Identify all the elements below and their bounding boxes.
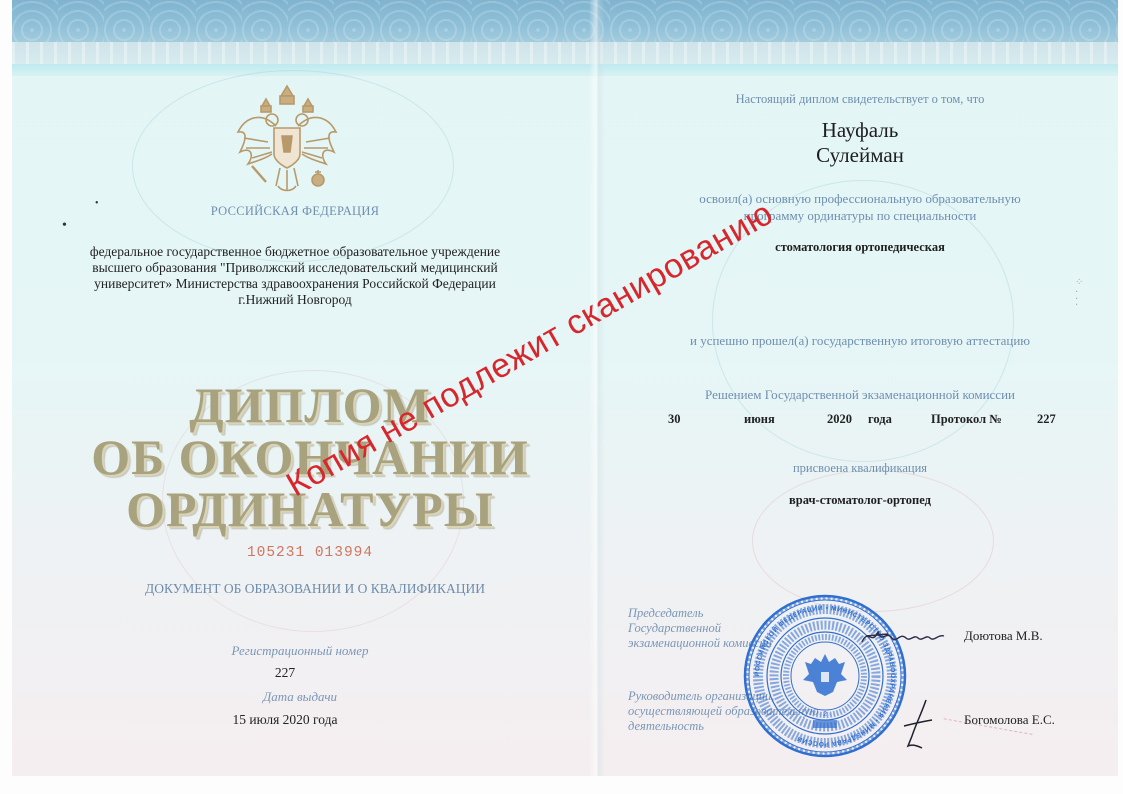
holder-surname: Науфаль <box>650 118 1070 142</box>
decision-day: 30 <box>668 412 681 427</box>
decision-year: 2020 <box>827 412 852 427</box>
issue-date-label: Дата выдачи <box>200 689 400 705</box>
paper-speck: ⁘·⁚ <box>1075 278 1083 308</box>
paper-speck: • <box>62 218 67 234</box>
registration-number: 227 <box>200 665 370 681</box>
qualification-assigned-label: присвоена квалификация <box>650 461 1070 476</box>
registration-number-label: Регистрационный номер <box>200 643 400 659</box>
issue-date: 15 июля 2020 года <box>200 712 370 728</box>
document-type: ДОКУМЕНТ ОБ ОБРАЗОВАНИИ И О КВАЛИФИКАЦИИ <box>90 581 540 597</box>
institution-line: федеральное государственное бюджетное об… <box>55 244 535 260</box>
coat-of-arms-icon <box>232 82 342 200</box>
director-signature-icon <box>898 698 942 752</box>
guilloche-rosette <box>752 470 994 612</box>
chairman-signature-icon <box>858 622 954 652</box>
paper-speck: • <box>95 198 99 209</box>
commission-decision-label: Решением Государственной экзаменационной… <box>650 387 1070 403</box>
country-label: РОССИЙСКАЯ ФЕДЕРАЦИЯ <box>180 204 410 219</box>
decision-month: июня <box>744 412 775 427</box>
certifies-intro: Настоящий диплом свидетельствует о том, … <box>650 92 1070 107</box>
attestation-passed-text: и успешно прошел(а) государственную итог… <box>655 333 1065 349</box>
serial-number: 105231 013994 <box>150 545 470 561</box>
protocol-number: 227 <box>1037 412 1056 427</box>
qualification: врач-стоматолог-ортопед <box>650 493 1070 508</box>
svg-text:· 2 ·: · 2 · <box>819 711 831 718</box>
top-light-band <box>12 42 1118 64</box>
page-fold <box>589 0 605 776</box>
decision-year-suffix: года <box>868 412 892 427</box>
official-stamp-icon: · 2 · РОССИЙСКОЙ ФЕДЕРАЦИИ • МИНИСТЕРСТВ… <box>741 592 909 760</box>
institution-line: высшего образования "Приволжский исследо… <box>55 260 535 276</box>
top-cyan-band <box>12 64 1118 76</box>
protocol-label: Протокол № <box>931 412 1002 427</box>
top-guilloche-band <box>12 0 1118 42</box>
chairman-name: Доютова М.В. <box>964 628 1043 644</box>
mastered-line: освоил(а) основную профессиональную обра… <box>650 190 1070 207</box>
institution-line: университет» Министерства здравоохранени… <box>55 276 535 292</box>
mastered-program-text: освоил(а) основную профессиональную обра… <box>650 190 1070 224</box>
institution-name: федеральное государственное бюджетное об… <box>55 244 535 308</box>
institution-line: г.Нижний Новгород <box>55 292 535 308</box>
